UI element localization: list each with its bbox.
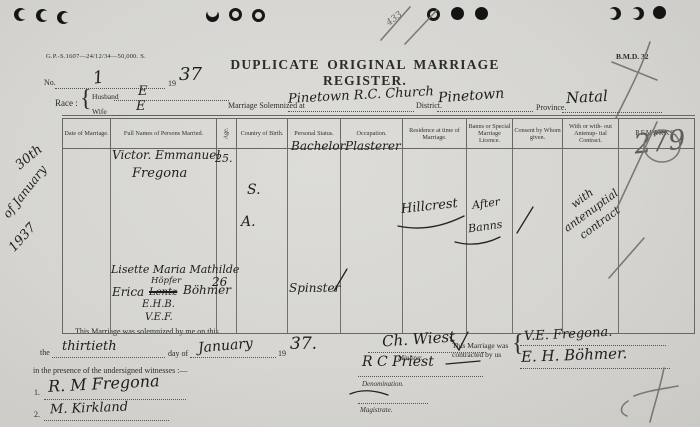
col-header-consent: Consent by Whom given.	[513, 119, 563, 149]
bride-name-struck: Lentz	[149, 287, 177, 298]
bride-name-inserted: Höpfer	[151, 276, 181, 286]
contracted-label-line1: This Marriage was	[452, 341, 508, 350]
dotted-line	[368, 352, 486, 353]
year-value: 37	[179, 64, 202, 85]
dotted-line	[562, 112, 662, 113]
day-of-label: day of	[168, 349, 188, 358]
denomination-label: Denomination.	[362, 380, 404, 388]
dotted-line	[437, 111, 533, 112]
punch-hole	[206, 9, 219, 22]
register-number: 1	[92, 67, 106, 88]
col-header-date: Date of Marriage.	[63, 119, 111, 149]
cell-date	[63, 149, 111, 333]
col-header-antenuptial: With or with- out Antenup- tial Contract…	[563, 119, 619, 149]
witness1-number: 1.	[34, 388, 40, 397]
punch-hole	[608, 7, 621, 20]
cell-banns	[467, 149, 513, 333]
punch-hole	[653, 6, 666, 19]
punch-hole	[57, 11, 70, 24]
punch-hole	[451, 7, 464, 20]
dotted-line	[520, 368, 670, 369]
punch-hole	[475, 7, 488, 20]
groom-name-line1: Victor. Emmanuel	[112, 148, 220, 162]
remarks-number: 279	[633, 124, 688, 160]
footer-year-written: 37.	[290, 334, 317, 354]
punch-hole	[36, 9, 49, 22]
bride-status: Spinster	[289, 281, 340, 295]
dotted-line	[44, 420, 169, 421]
district-value: Pinetown	[438, 86, 505, 107]
husband-race-value: E	[138, 84, 148, 99]
col-header-age: Age.	[217, 119, 237, 149]
dotted-line	[55, 88, 165, 89]
no-label: No.	[44, 78, 56, 87]
col-header-country: Country of Birth.	[237, 119, 288, 149]
wife-race-value: E	[136, 99, 146, 114]
dotted-line	[358, 403, 428, 404]
groom-occupation: Plasterer	[345, 139, 401, 153]
dotted-line	[114, 100, 229, 101]
magistrate-label: Magistrate.	[360, 406, 392, 414]
country-line1: S.	[247, 182, 261, 198]
punch-hole	[14, 8, 27, 21]
contracted-signature-2: E. H. Böhmer.	[521, 344, 628, 366]
cell-age	[217, 149, 237, 333]
form-title: DUPLICATE ORIGINAL MARRIAGE REGISTER.	[190, 57, 540, 89]
country-line2: A.	[241, 214, 256, 230]
contracted-signature-1: V.E. Fregona.	[524, 325, 613, 345]
dotted-line	[52, 357, 165, 358]
footer-year-prefix: 19	[278, 349, 286, 358]
bride-initials-2: V.E.F.	[145, 312, 173, 323]
dotted-line	[190, 357, 276, 358]
print-code: G.P.-S.1607—24/12/34—50,000. S.	[46, 53, 146, 60]
crossed-out-number: 433	[385, 10, 405, 28]
bride-age: 26	[212, 275, 227, 289]
pencil-cross-bmd	[612, 62, 657, 80]
bride-name-first: Erica	[112, 285, 144, 299]
punch-hole	[229, 8, 242, 21]
pencil-check-vertical	[650, 368, 664, 422]
witness2-number: 2.	[34, 410, 40, 419]
cell-country	[237, 149, 288, 333]
marriage-date-year: 1937	[6, 220, 39, 255]
dotted-line	[112, 115, 232, 116]
witness2-signature: M. Kirkland	[50, 400, 129, 418]
punch-hole	[252, 9, 265, 22]
ink-dash-priest	[446, 361, 480, 364]
marriage-date-month: of January	[0, 163, 50, 221]
cell-status	[288, 149, 341, 333]
punch-hole	[427, 8, 440, 21]
form-code: B.M.D. 32	[616, 52, 649, 61]
day-written: thirtieth	[62, 339, 117, 354]
punch-hole	[631, 7, 644, 20]
groom-name-line2: Fregona	[132, 166, 187, 181]
groom-status: Bachelor	[291, 139, 345, 153]
col-header-residence: Residence at time of Marriage.	[403, 119, 467, 149]
scanned-marriage-register: 433 G.P.-S.1607—24/12/34—50,000. S. B.M.…	[0, 0, 700, 427]
month-written: January	[197, 336, 253, 357]
province-value: Natal	[566, 87, 609, 107]
groom-age: 25.	[215, 152, 233, 165]
col-header-age-label: Age.	[223, 128, 230, 140]
pencil-c-scribble	[621, 401, 628, 416]
the-label: the	[40, 348, 50, 357]
cell-residence	[403, 149, 467, 333]
col-header-names: Full Names of Persons Married.	[111, 119, 217, 149]
race-label: Race :	[55, 98, 78, 108]
dotted-line	[358, 376, 483, 377]
province-label: Province.	[536, 103, 566, 112]
minister-signature: Ch. Wiest	[381, 327, 455, 350]
cell-occupation	[341, 149, 403, 333]
col-header-banns: Banns or Special Marriage Licence.	[467, 119, 513, 149]
pencil-check-horizontal	[634, 386, 678, 396]
ink-squiggle-magistrate	[350, 391, 388, 395]
year-prefix: 19	[168, 79, 176, 88]
race-brace: {	[80, 86, 92, 113]
denomination-signature: R C Priest	[362, 354, 434, 370]
dotted-line	[288, 111, 414, 112]
bride-initials-1: E.H.B.	[142, 299, 175, 310]
